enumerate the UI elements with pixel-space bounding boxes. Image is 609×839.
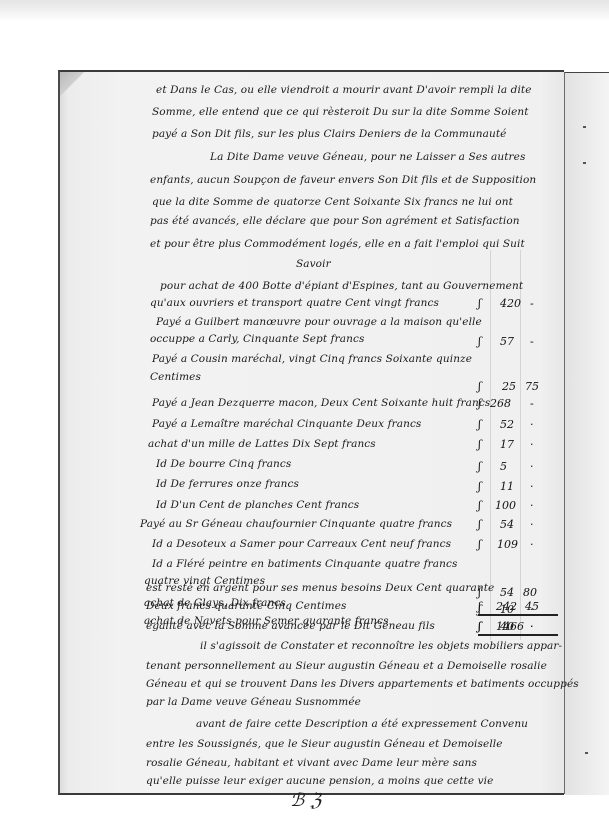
ledger-cents: · [530, 518, 534, 531]
text-line: Géneau et qui se trouvent Dans les Diver… [146, 678, 579, 690]
text-line: tenant personnellement au Sieur augustin… [146, 660, 547, 672]
ink-speck [583, 162, 586, 164]
ledger-amount: 54 [500, 586, 514, 599]
sum-rule [478, 614, 558, 616]
currency-symbol: ʃ [478, 438, 481, 451]
text-line: enfants, aucun Soupçon de faveur envers … [150, 174, 536, 186]
ledger-cents: - [530, 335, 534, 348]
ledger-row-text: Payé au Sr Géneau chaufournier Cinquante… [140, 518, 452, 530]
ledger-cents: 80 [523, 586, 537, 599]
ledger-row-text: Payé a Jean Dezquerre macon, Deux Cent S… [152, 397, 490, 409]
ledger-row-text: est resté en argent pour ses menus besoi… [146, 582, 494, 594]
ledger-row-text: pour achat de 400 Botte d'épiant d'Espin… [160, 280, 523, 292]
text-line: rosalie Géneau, habitant et vivant avec … [146, 757, 477, 769]
ledger-cents: · [530, 538, 534, 551]
ledger-cents: · [530, 499, 534, 512]
ledger-row-text: Id De ferrures onze francs [156, 478, 299, 490]
text-line: qu'elle puisse leur exiger aucune pensio… [146, 775, 493, 787]
ledger-cents: - [530, 397, 534, 410]
text-line: Somme, elle entend que ce qui rèsteroit … [152, 106, 529, 118]
currency-symbol: ʃ [478, 620, 481, 633]
text-line: Savoir [296, 258, 331, 270]
ledger-row-text: Id a Fléré peintre en batiments Cinquant… [152, 558, 458, 570]
ledger-amount: 54 [500, 518, 514, 531]
currency-symbol: ʃ [478, 480, 481, 493]
ink-speck [583, 126, 586, 128]
ledger-row-text: qu'aux ouvriers et transport quatre Cent… [150, 297, 439, 309]
currency-symbol: ʃ [478, 499, 481, 512]
ledger-amount: 5 [500, 460, 507, 473]
ledger-amount: 242 [496, 600, 517, 613]
total-rule [478, 634, 558, 636]
currency-symbol: ʃ [478, 518, 481, 531]
ledger-amount: 57 [500, 335, 514, 348]
currency-symbol: ʃ [478, 538, 481, 551]
ledger-amount: 11 [500, 480, 514, 493]
currency-symbol: ʃ [478, 418, 481, 431]
ledger-cents: · [530, 418, 534, 431]
ledger-amount: 17 [500, 438, 514, 451]
ledger-row-text: Id D'un Cent de planches Cent francs [156, 499, 359, 511]
ledger-cents: 45 [525, 600, 539, 613]
text-line: par la Dame veuve Géneau Susnommée [146, 696, 361, 708]
text-line: avant de faire cette Description a été e… [196, 718, 528, 730]
text-line: payé a Son Dit fils, sur les plus Clairs… [152, 128, 507, 140]
text-line: La Dite Dame veuve Géneau, pour ne Laiss… [210, 151, 525, 163]
ledger-amount: 109 [497, 538, 518, 551]
text-line: et Dans le Cas, ou elle viendroit a mour… [156, 84, 532, 96]
ledger-total: 1466 [496, 620, 524, 633]
ledger-cents: - [530, 297, 534, 310]
ledger-cents: · [530, 438, 534, 451]
text-line: et pour être plus Commodément logés, ell… [150, 238, 525, 250]
ledger-cents: · [530, 620, 534, 633]
currency-symbol: ʃ [478, 297, 481, 310]
ledger-amount: 268 [490, 397, 511, 410]
ink-speck [585, 752, 588, 754]
ledger-row-text: Payé a Cousin maréchal, vingt Cinq franc… [152, 353, 472, 365]
ledger-amount: 25 [502, 380, 516, 393]
ledger-row-text: égalité avec la Somme avancée par le Dit… [146, 620, 435, 632]
currency-symbol: ʃ [478, 460, 481, 473]
ledger-row-text: achat d'un mille de Lattes Dix Sept fran… [148, 438, 376, 450]
text-line: il s'agissoit de Constater et reconnoîtr… [200, 640, 562, 652]
signature-initials: ℬ ℨ [290, 790, 321, 811]
currency-symbol: ʃ [478, 397, 481, 410]
currency-symbol: ʃ [478, 600, 481, 613]
ledger-amount: 52 [500, 418, 514, 431]
ledger-row-text: Payé a Lemaître maréchal Cinquante Deux … [152, 418, 421, 430]
ledger-cents: · [530, 460, 534, 473]
ledger-cents: 75 [525, 380, 539, 393]
text-line: entre les Soussignés, que le Sieur augus… [146, 738, 503, 750]
text-line: pas été avancés, elle déclare que pour S… [150, 215, 520, 227]
ledger-cents: · [530, 480, 534, 493]
text-line: que la dite Somme de quatorze Cent Soixa… [152, 196, 513, 208]
ledger-row-text: Centimes [150, 371, 201, 383]
ledger-row-text: Id a Desoteux a Samer pour Carreaux Cent… [152, 538, 451, 550]
scan-background [0, 0, 609, 22]
ledger-row-text: Deux francs quarante Cinq Centimes [146, 600, 347, 612]
ledger-row-text: Payé a Guilbert manœuvre pour ouvrage a … [156, 316, 482, 328]
ledger-row-text: occuppe a Carly, Cinquante Sept francs [150, 333, 364, 345]
folded-corner [60, 72, 84, 96]
currency-symbol: ʃ [478, 380, 481, 393]
ledger-row-text: Id De bourre Cinq francs [156, 458, 291, 470]
ledger-amount: 100 [495, 499, 516, 512]
currency-symbol: ʃ [478, 335, 481, 348]
ledger-amount: 420 [500, 297, 521, 310]
